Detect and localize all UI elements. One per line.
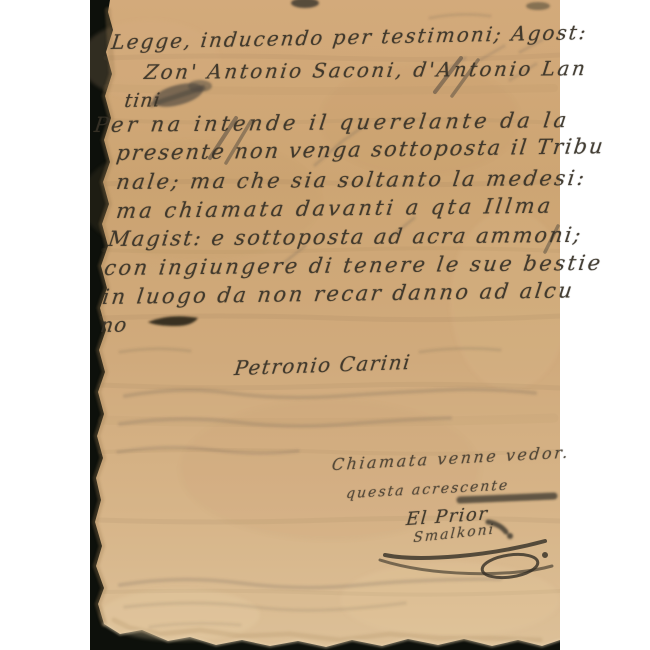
page-background: Legge, inducendo per testimoni; Agost: Z…	[0, 0, 650, 650]
manuscript-paper-scan	[90, 0, 560, 650]
acrescente-dash	[460, 496, 554, 500]
manuscript-photo	[90, 0, 560, 650]
